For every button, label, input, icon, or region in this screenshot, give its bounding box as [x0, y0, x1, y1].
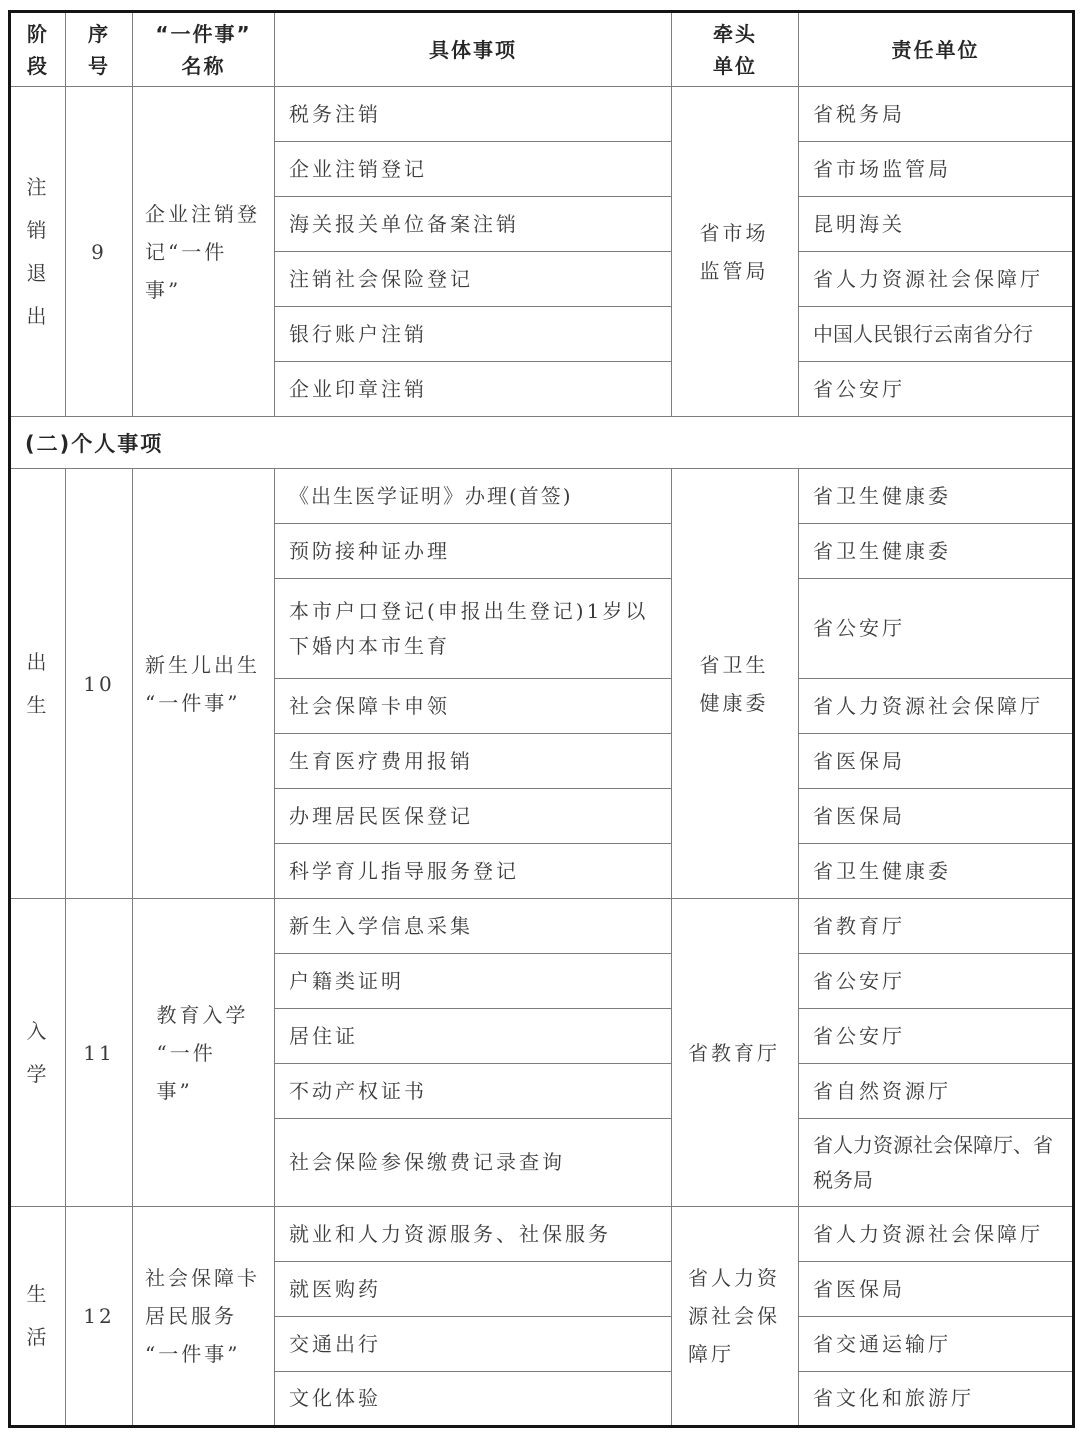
responsible-cell: 省医保局 — [799, 734, 1074, 789]
table-row: 注销退出 9 企业注销登记“一件事” 税务注销 省市场监管局 省税务局 — [10, 87, 1074, 142]
table-row: 出生 10 新生儿出生“一件事” 《出生医学证明》办理(首签) 省卫生健康委 省… — [10, 469, 1074, 524]
stage-cell: 生活 — [10, 1207, 66, 1427]
responsible-cell: 省公安厅 — [799, 362, 1074, 417]
item-cell: 社会保障卡申领 — [275, 679, 672, 734]
header-lead: 牵头单位 — [672, 12, 799, 87]
responsible-cell: 省人力资源社会保障厅 — [799, 679, 1074, 734]
item-cell: 户籍类证明 — [275, 954, 672, 1009]
header-stage: 阶段 — [10, 12, 66, 87]
responsible-cell: 省医保局 — [799, 789, 1074, 844]
header-name-label: “一件事”名称 — [154, 18, 254, 82]
name-cell: 新生儿出生“一件事” — [133, 469, 275, 899]
responsible-cell: 省人力资源社会保障厅 — [799, 1207, 1074, 1262]
lead-label: 省卫生健康委 — [700, 646, 771, 722]
item-cell: 就医购药 — [275, 1262, 672, 1317]
name-label: 企业注销登记“一件事” — [145, 195, 262, 309]
item-cell: 办理居民医保登记 — [275, 789, 672, 844]
name-label: 教育入学“一件事” — [157, 996, 251, 1110]
responsible-cell: 省自然资源厅 — [799, 1064, 1074, 1119]
item-cell: 就业和人力资源服务、社保服务 — [275, 1207, 672, 1262]
no-cell: 10 — [66, 469, 133, 899]
stage-label: 注销退出 — [25, 166, 51, 338]
stage-cell: 入学 — [10, 899, 66, 1207]
responsible-cell: 省公安厅 — [799, 1009, 1074, 1064]
header-lead-label: 牵头单位 — [710, 18, 760, 82]
no-cell: 12 — [66, 1207, 133, 1427]
stage-label: 生活 — [25, 1273, 51, 1359]
one-thing-items-table: 阶段 序号 “一件事”名称 具体事项 牵头单位 责任单位 注销退出 9 企业注销… — [8, 10, 1075, 1428]
item-cell: 《出生医学证明》办理(首签) — [275, 469, 672, 524]
no-cell: 11 — [66, 899, 133, 1207]
item-cell: 交通出行 — [275, 1317, 672, 1372]
name-cell: 企业注销登记“一件事” — [133, 87, 275, 417]
item-cell: 预防接种证办理 — [275, 524, 672, 579]
stage-label: 入学 — [25, 1010, 51, 1096]
responsible-cell: 省卫生健康委 — [799, 524, 1074, 579]
lead-cell: 省教育厅 — [672, 899, 799, 1207]
responsible-cell: 省公安厅 — [799, 954, 1074, 1009]
responsible-cell: 省人力资源社会保障厅、省税务局 — [799, 1119, 1074, 1207]
item-cell: 注销社会保险登记 — [275, 252, 672, 307]
lead-cell: 省卫生健康委 — [672, 469, 799, 899]
item-cell: 生育医疗费用报销 — [275, 734, 672, 789]
responsible-cell: 省税务局 — [799, 87, 1074, 142]
responsible-cell: 省人力资源社会保障厅 — [799, 252, 1074, 307]
name-label: 新生儿出生“一件事” — [145, 646, 262, 722]
lead-cell: 省人力资源社会保障厅 — [672, 1207, 799, 1427]
responsible-cell: 省公安厅 — [799, 579, 1074, 679]
responsible-cell: 省卫生健康委 — [799, 844, 1074, 899]
item-cell: 社会保险参保缴费记录查询 — [275, 1119, 672, 1207]
responsible-cell: 省交通运输厅 — [799, 1317, 1074, 1372]
responsible-cell: 省文化和旅游厅 — [799, 1372, 1074, 1427]
responsible-cell: 省医保局 — [799, 1262, 1074, 1317]
stage-cell: 注销退出 — [10, 87, 66, 417]
name-cell: 教育入学“一件事” — [133, 899, 275, 1207]
item-cell: 税务注销 — [275, 87, 672, 142]
item-cell: 企业注销登记 — [275, 142, 672, 197]
item-cell: 新生入学信息采集 — [275, 899, 672, 954]
item-cell: 文化体验 — [275, 1372, 672, 1427]
lead-label: 省人力资源社会保障厅 — [688, 1259, 782, 1373]
item-cell: 银行账户注销 — [275, 307, 672, 362]
lead-cell: 省市场监管局 — [672, 87, 799, 417]
name-cell: 社会保障卡居民服务“一件事” — [133, 1207, 275, 1427]
item-cell: 本市户口登记(申报出生登记)1岁以下婚内本市生育 — [275, 579, 672, 679]
table-row: 入学 11 教育入学“一件事” 新生入学信息采集 省教育厅 省教育厅 — [10, 899, 1074, 954]
document-page: 阶段 序号 “一件事”名称 具体事项 牵头单位 责任单位 注销退出 9 企业注销… — [0, 0, 1080, 1434]
item-cell: 不动产权证书 — [275, 1064, 672, 1119]
header-name: “一件事”名称 — [133, 12, 275, 87]
stage-label: 出生 — [25, 641, 51, 727]
stage-cell: 出生 — [10, 469, 66, 899]
header-items: 具体事项 — [275, 12, 672, 87]
responsible-cell: 昆明海关 — [799, 197, 1074, 252]
table-header-row: 阶段 序号 “一件事”名称 具体事项 牵头单位 责任单位 — [10, 12, 1074, 87]
lead-label: 省市场监管局 — [700, 214, 771, 290]
header-responsible: 责任单位 — [799, 12, 1074, 87]
header-no-label: 序号 — [86, 18, 112, 82]
table-row: 生活 12 社会保障卡居民服务“一件事” 就业和人力资源服务、社保服务 省人力资… — [10, 1207, 1074, 1262]
responsible-cell: 省教育厅 — [799, 899, 1074, 954]
responsible-cell: 省卫生健康委 — [799, 469, 1074, 524]
section-divider-row: (二)个人事项 — [10, 417, 1074, 469]
name-label: 社会保障卡居民服务“一件事” — [145, 1259, 262, 1373]
responsible-cell: 省市场监管局 — [799, 142, 1074, 197]
no-cell: 9 — [66, 87, 133, 417]
item-cell: 企业印章注销 — [275, 362, 672, 417]
item-cell: 居住证 — [275, 1009, 672, 1064]
header-stage-label: 阶段 — [25, 18, 51, 82]
responsible-cell: 中国人民银行云南省分行 — [799, 307, 1074, 362]
lead-label: 省教育厅 — [688, 1034, 782, 1072]
section-divider-label: (二)个人事项 — [10, 417, 1074, 469]
item-cell: 科学育儿指导服务登记 — [275, 844, 672, 899]
item-cell: 海关报关单位备案注销 — [275, 197, 672, 252]
header-no: 序号 — [66, 12, 133, 87]
